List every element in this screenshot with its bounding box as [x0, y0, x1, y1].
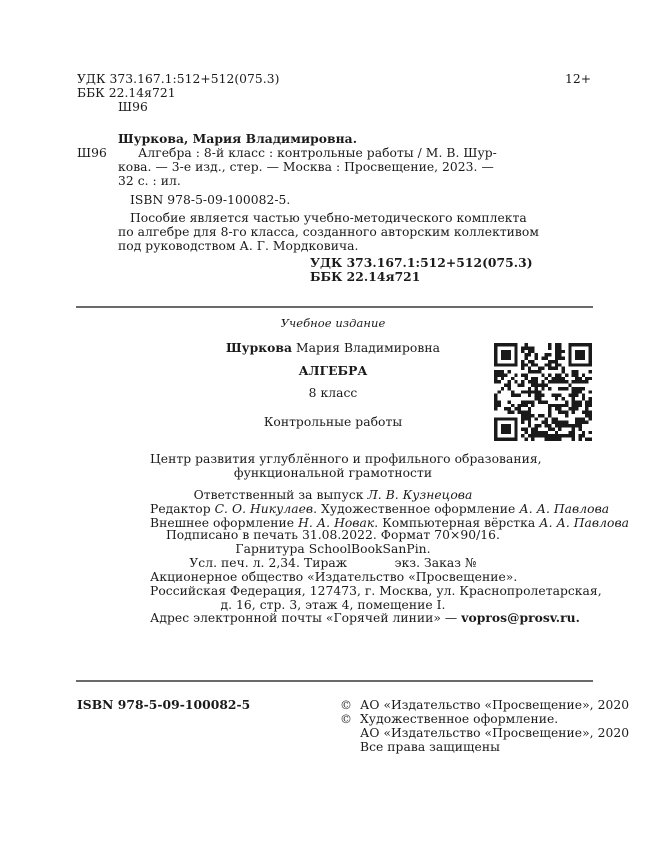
print-line: Гарнитура SchoolBookSanPin.	[150, 542, 516, 556]
catalog-description-line: Алгебра : 8-й класс : контрольные работы…	[138, 146, 497, 160]
hotline-label: Адрес электронной почты «Горячей линии» …	[150, 611, 461, 625]
responsible-name: Л. В. Кузнецова	[367, 488, 472, 502]
catalog-udk: УДК 373.167.1:512+512(075.3)	[310, 256, 533, 270]
author-name: Мария Владимировна	[296, 341, 440, 355]
center-line: Центр развития углублённого и профильног…	[150, 452, 516, 466]
copyright-icon: ©	[340, 712, 360, 754]
qr-code-icon[interactable]	[494, 343, 592, 441]
credits-block: Ответственный за выпуск Л. В. Кузнецова …	[150, 488, 516, 530]
copyright-block: © АО «Издательство «Просвещение», 2020 ©…	[340, 698, 629, 754]
catalog-isbn: ISBN 978-5-09-100082-5.	[130, 193, 290, 207]
bbk-code: ББК 22.14я721	[77, 86, 176, 100]
author-sign: Ш96	[118, 100, 148, 114]
catalog-annotation-line: под руководством А. Г. Мордковича.	[118, 239, 358, 253]
copyright-line: АО «Издательство «Просвещение», 2020	[360, 698, 629, 712]
print-line: Подписано в печать 31.08.2022. Формат 70…	[150, 528, 516, 542]
copyright-line: Все права защищены	[360, 740, 629, 754]
book-subtitle: Контрольные работы	[150, 415, 516, 429]
book-title: АЛГЕБРА	[150, 364, 516, 378]
catalog-author-heading: Шуркова, Мария Владимировна.	[118, 132, 357, 146]
copyright-icon: ©	[340, 698, 360, 712]
print-line: Усл. печ. л. 2,34. Тираж экз. Заказ №	[150, 556, 516, 570]
udk-code: УДК 373.167.1:512+512(075.3)	[77, 72, 279, 86]
edition-type: Учебное издание	[150, 317, 516, 330]
divider-bottom	[76, 680, 593, 682]
catalog-author-sign: Ш96	[77, 146, 107, 160]
publisher-block: Акционерное общество «Издательство «Прос…	[150, 570, 516, 612]
hotline-email[interactable]: vopros@prosv.ru.	[461, 610, 580, 625]
hotline: Адрес электронной почты «Горячей линии» …	[150, 611, 516, 625]
editor-name: С. О. Никулаев	[215, 502, 314, 516]
publisher-line: Акционерное общество «Издательство «Прос…	[150, 570, 516, 584]
catalog-annotation-line: Пособие является частью учебно-методичес…	[130, 211, 527, 225]
art-name: А. А. Павлова	[519, 502, 609, 516]
footer-isbn: ISBN 978-5-09-100082-5	[77, 698, 250, 712]
publisher-line: Российская Федерация, 127473, г. Москва,…	[150, 584, 516, 598]
catalog-description-line: кова. — 3-е изд., стер. — Москва : Просв…	[118, 160, 494, 174]
age-rating: 12+	[565, 72, 591, 86]
print-block: Подписано в печать 31.08.2022. Формат 70…	[150, 528, 516, 570]
center-line: функциональной грамотности	[150, 466, 516, 480]
copyright-line: АО «Издательство «Просвещение», 2020	[360, 726, 629, 740]
catalog-annotation-line: по алгебре для 8-го класса, созданного а…	[118, 225, 539, 239]
divider-top	[76, 306, 593, 308]
author-surname: Шуркова	[226, 340, 292, 355]
imprint-block: Учебное издание	[150, 317, 516, 330]
book-grade: 8 класс	[150, 386, 516, 400]
layout-name: А. А. Павлова	[539, 516, 629, 530]
art-label: . Художественное оформление	[313, 502, 515, 516]
imprint-author: Шуркова Мария Владимировна	[150, 341, 516, 355]
responsible-label: Ответственный за выпуск	[194, 488, 364, 502]
editor-label: Редактор	[150, 502, 211, 516]
catalog-description-line: 32 с. : ил.	[118, 174, 181, 188]
copyright-line: Художественное оформление.	[360, 712, 629, 726]
catalog-bbk: ББК 22.14я721	[310, 270, 420, 284]
